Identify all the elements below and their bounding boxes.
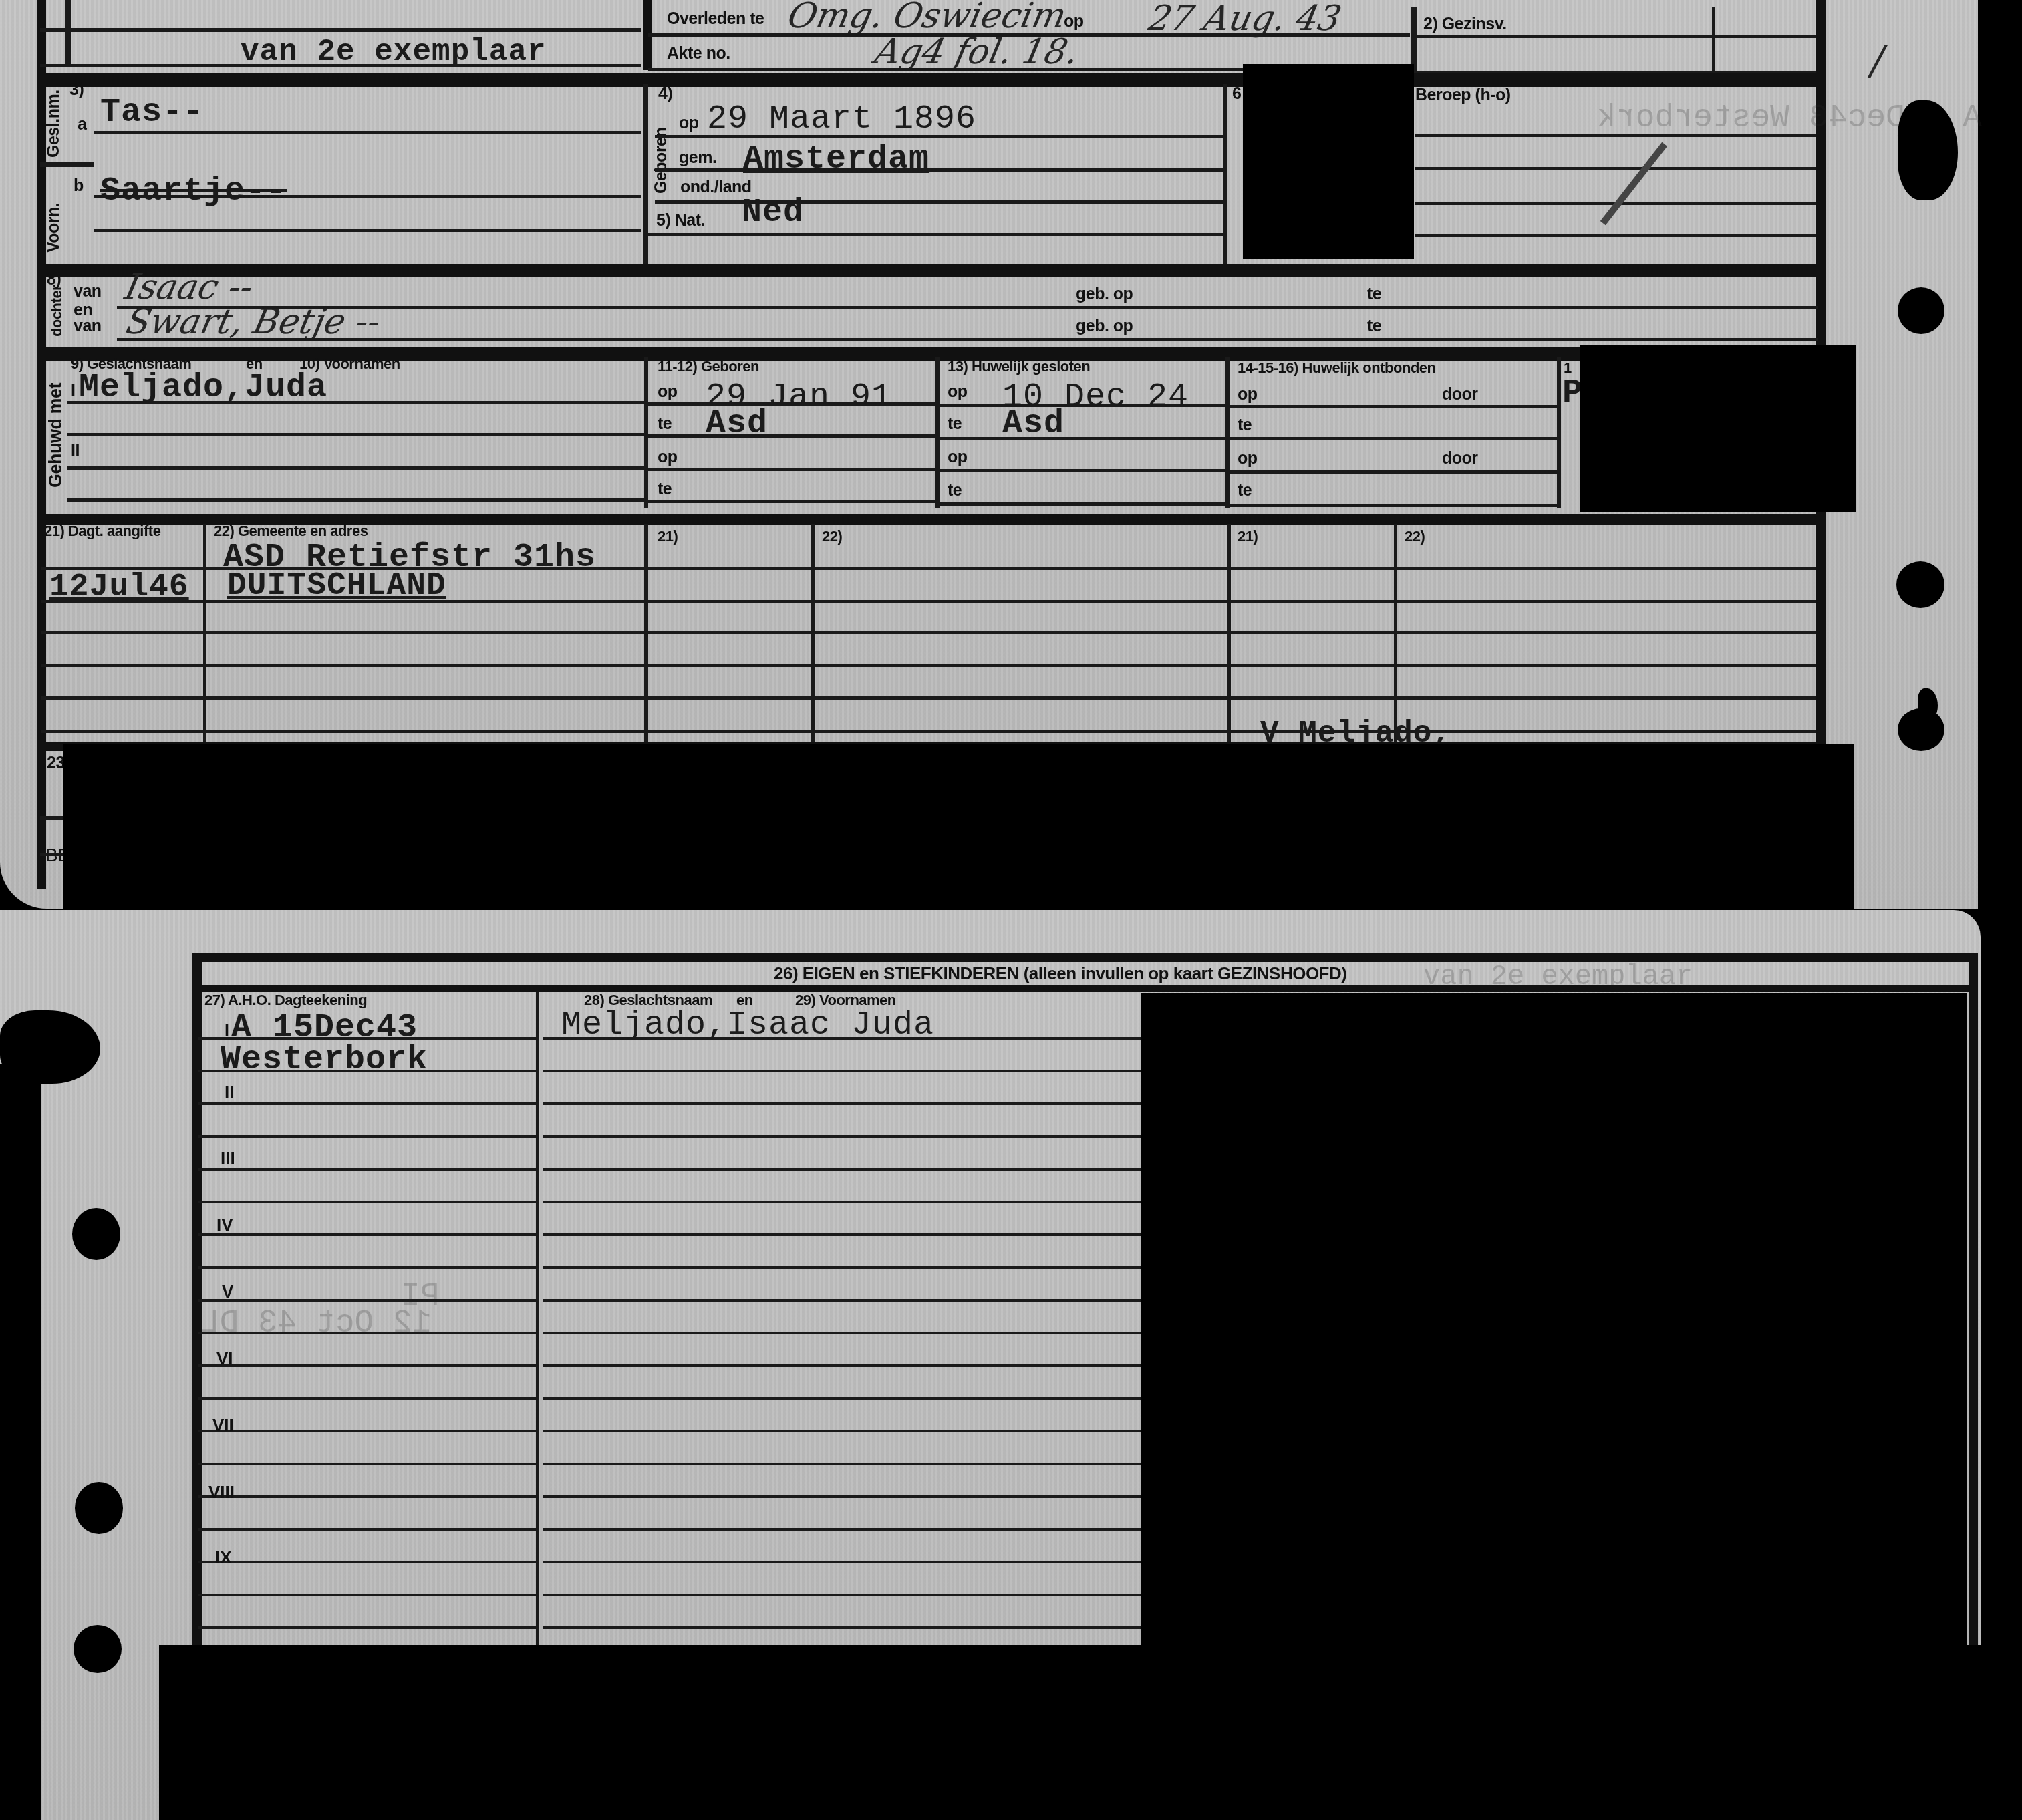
- marker-ii: II: [71, 441, 80, 460]
- row-rule: [543, 1495, 1141, 1498]
- marriage-col-divider: [1557, 357, 1561, 508]
- beroep-label: Beroep (h-o): [1415, 86, 1511, 105]
- row-rule: [198, 1528, 536, 1531]
- row-rule: [198, 1430, 536, 1432]
- row-rule: [198, 1495, 536, 1498]
- row-rule: [198, 1463, 536, 1465]
- col-22-label: 22): [1405, 528, 1425, 545]
- first-name: Saartje--: [100, 172, 287, 210]
- ontbonden-op-label: op: [1238, 385, 1258, 404]
- tear-mark: [1918, 688, 1938, 722]
- nat-label: 5) Nat.: [656, 211, 705, 231]
- marriage-rule: [67, 498, 644, 502]
- copy-note: van 2e exemplaar: [241, 35, 547, 69]
- row-marker: III: [221, 1148, 235, 1169]
- address-rule: [41, 631, 1816, 634]
- birth-rule: [648, 233, 1224, 236]
- mother-geb-op-label: geb. op: [1076, 317, 1133, 336]
- redaction-block: [63, 744, 1854, 914]
- marker-i: I: [71, 381, 75, 400]
- spouse-op-label: op: [658, 382, 678, 402]
- marriage-rule: [940, 502, 1227, 506]
- birth-rule: [655, 200, 1224, 204]
- door-label: door: [1442, 449, 1478, 468]
- gezinsv-label: 2) Gezinsv.: [1423, 15, 1507, 34]
- redaction-block: [1580, 345, 1856, 512]
- field-4-label: 4): [658, 84, 672, 104]
- row-marker: VIII: [208, 1482, 235, 1503]
- field6-divider: [1223, 84, 1227, 264]
- gezinsv-inner-divider: [1712, 7, 1715, 73]
- row-rule: [543, 1102, 1141, 1105]
- aho-dagteekening-header: 27) A.H.O. Dagteekening: [204, 992, 367, 1009]
- op-label: op: [658, 448, 678, 467]
- row-rule: [198, 1364, 536, 1367]
- overleden-place: Omg. Oswiecim: [784, 0, 1070, 36]
- address-col-divider: [203, 524, 206, 744]
- row-rule: [198, 1201, 536, 1203]
- col-22-label: 22): [822, 528, 842, 545]
- name-rule: [94, 195, 641, 198]
- marriage-op-label: op: [948, 382, 968, 402]
- row-rule: [543, 1528, 1141, 1531]
- row-rule: [198, 1070, 536, 1072]
- row-rule: [198, 1626, 536, 1629]
- top-registration-card: van 2e exemplaar Overleden te Omg. Oswie…: [0, 0, 1978, 909]
- akte-value: Ag4 fol. 18.: [871, 32, 1082, 72]
- punch-hole: [74, 1625, 122, 1673]
- name-rule: [40, 162, 94, 167]
- row-rule: [198, 1266, 536, 1269]
- field-3-label: 3): [69, 80, 84, 100]
- card-edge-shadow: [0, 1064, 41, 1820]
- father-geb-op-label: geb. op: [1076, 285, 1133, 304]
- row-marker: II: [225, 1082, 234, 1103]
- punch-hole: [1898, 287, 1944, 334]
- gehuwd-side-label: Gehuwd met: [45, 383, 66, 488]
- address-col-divider: [644, 524, 648, 744]
- torn-corner: [1898, 100, 1958, 200]
- punch-hole: [72, 1208, 120, 1260]
- row-marker: IX: [215, 1547, 232, 1568]
- nationality: Ned: [742, 194, 804, 232]
- birth-op-label: op: [679, 114, 699, 133]
- parents-rule: [117, 338, 1818, 341]
- op-label: op: [948, 448, 968, 467]
- marker-a: a: [78, 115, 86, 134]
- row-rule: [543, 1266, 1141, 1269]
- name-rule: [94, 131, 641, 134]
- marriage-rule: [648, 434, 935, 438]
- field-23-label: 23: [47, 754, 65, 773]
- address-col-divider: [1394, 524, 1397, 744]
- mother-te-label: te: [1367, 317, 1381, 336]
- row-rule: [543, 1070, 1141, 1072]
- row-rule: [543, 1463, 1141, 1465]
- header-left-divider: [65, 0, 71, 67]
- redaction-block: [159, 1645, 1981, 1820]
- row-marker: IV: [216, 1215, 233, 1235]
- row-rule: [543, 1168, 1141, 1171]
- address-rule: [41, 730, 1816, 733]
- te-label: te: [1238, 416, 1252, 435]
- header-rule: [40, 28, 641, 32]
- field-8-label: 8): [47, 270, 61, 289]
- section-divider: [194, 985, 1978, 992]
- section-divider: [40, 73, 1818, 87]
- row-rule: [543, 1299, 1141, 1302]
- geslnm-side-label: Gesl.nm.: [44, 90, 63, 158]
- address-col-divider: [1227, 524, 1231, 744]
- marriage-rule: [940, 437, 1227, 440]
- te-label: te: [1238, 481, 1252, 500]
- father-name: Isaac --: [122, 267, 257, 307]
- spouse-geboren-header: 11-12) Geboren: [658, 358, 759, 375]
- row-rule: [543, 1201, 1141, 1203]
- marriage-col-divider: [935, 357, 940, 508]
- marriage-rule: [67, 433, 644, 436]
- huwelijk-ontbonden-header: 14-15-16) Huwelijk ontbonden: [1238, 359, 1436, 377]
- te-label: te: [948, 481, 962, 500]
- row-rule: [198, 1397, 536, 1400]
- gezinsv-divider: [1411, 7, 1417, 73]
- address-rule: [41, 696, 1816, 700]
- father-te-label: te: [1367, 285, 1381, 304]
- te-label: te: [658, 480, 672, 499]
- row-rule: [543, 1430, 1141, 1432]
- redaction-block: [1243, 64, 1414, 259]
- gem-label: gem.: [679, 148, 716, 168]
- marriage-rule: [1230, 405, 1560, 408]
- row-rule: [198, 1594, 536, 1596]
- beroep-rule: [1415, 134, 1816, 137]
- overleden-label: Overleden te: [667, 9, 764, 29]
- overleden-op-label: op: [1064, 12, 1084, 31]
- section-divider-vertical: [643, 84, 648, 264]
- ontbonden-door-label: door: [1442, 385, 1478, 404]
- row-rule: [543, 1364, 1141, 1367]
- huwelijk-gesloten-header: 13) Huwelijk gesloten: [948, 358, 1090, 375]
- row-rule: [543, 1397, 1141, 1400]
- address-col-divider: [811, 524, 815, 744]
- akte-label: Akte no.: [667, 44, 730, 63]
- field-6-label: 6: [1232, 84, 1241, 104]
- children-section-header: 26) EIGEN en STIEFKINDEREN (alleen invul…: [774, 963, 1346, 984]
- mirrored-ghost-text: 12 Oct 43 DL: [200, 1306, 432, 1342]
- name-rule: [94, 229, 641, 232]
- punch-hole: [75, 1482, 123, 1534]
- marriage-rule: [940, 469, 1227, 472]
- birth-rule: [655, 135, 1224, 138]
- marriage-te-label: te: [948, 414, 962, 434]
- address-rule: [41, 600, 1816, 603]
- voorn-side-label: Voorn.: [44, 203, 63, 253]
- punch-hole: [1896, 561, 1944, 608]
- children-col-divider: [536, 992, 539, 1726]
- marriage-col-divider: [644, 357, 648, 508]
- marriage-rule: [67, 401, 644, 404]
- beroep-rule: [1415, 234, 1816, 237]
- marriage-rule: [1230, 437, 1560, 440]
- checkmark-icon: [1600, 142, 1667, 225]
- marriage-rule: [67, 466, 644, 470]
- section-divider: [40, 264, 1818, 277]
- aho-place: Westerbork: [221, 1041, 428, 1079]
- ond-land-label: ond./land: [680, 178, 752, 197]
- row-rule: [543, 1135, 1141, 1138]
- row-rule: [543, 1561, 1141, 1563]
- row-rule: [543, 1233, 1141, 1236]
- address-rule: [41, 567, 1816, 570]
- margin-mark: /: [1866, 37, 1890, 84]
- marriage-col-divider: [1225, 357, 1230, 508]
- row-rule: [543, 1332, 1141, 1334]
- row-rule: [198, 1135, 536, 1138]
- col-21-label: 21): [1238, 528, 1258, 545]
- row-marker: V: [222, 1281, 233, 1302]
- birth-date: 29 Maart 1896: [707, 100, 976, 138]
- header-rule: [1417, 35, 1816, 38]
- marriage-rule: [940, 404, 1227, 407]
- gemeente-adres-header: 22) Gemeente en adres: [214, 522, 368, 540]
- address-line-2: DUITSCHLAND: [227, 568, 446, 604]
- surname: Tas--: [100, 94, 204, 132]
- marriage-rule: [648, 500, 935, 503]
- dagt-aangifte-header: 21) Dagt. aangifte: [44, 522, 160, 540]
- address-rule: [41, 664, 1816, 667]
- van-label: van: [74, 282, 102, 301]
- spouse-te-label: te: [658, 414, 672, 434]
- beroep-rule: [1415, 167, 1816, 170]
- row-rule: [543, 1594, 1141, 1596]
- birth-municipality: Amsterdam: [743, 140, 929, 178]
- row-marker: VII: [212, 1415, 234, 1436]
- row-rule: [198, 1233, 536, 1236]
- marriage-rule: [1230, 470, 1560, 474]
- row-rule: [198, 1561, 536, 1563]
- birth-rule: [655, 168, 1224, 172]
- op-label: op: [1238, 449, 1258, 468]
- row-rule: [198, 1102, 536, 1105]
- row-rule: [198, 1037, 536, 1040]
- parents-rule: [117, 306, 1818, 309]
- marriage-rule: [648, 402, 935, 406]
- row-marker: VI: [216, 1348, 233, 1369]
- dochter-side-label: dochter: [48, 285, 65, 337]
- row-rule: [198, 1332, 536, 1334]
- marriage-rule: [648, 468, 935, 471]
- marker-b: b: [74, 176, 84, 196]
- section-divider: [194, 953, 1978, 962]
- mirrored-ghost-text: PI: [401, 1279, 440, 1315]
- bottom-registration-card: van 2e exemplaar 26) EIGEN en STIEFKINDE…: [0, 910, 1981, 1820]
- marriage-rule: [1230, 504, 1560, 507]
- row-rule: [543, 1037, 1141, 1040]
- row-rule: [198, 1168, 536, 1171]
- row-rule: [543, 1626, 1141, 1629]
- col-21-label: 21): [658, 528, 678, 545]
- row-rule: [198, 1299, 536, 1302]
- van-label: van: [74, 317, 102, 336]
